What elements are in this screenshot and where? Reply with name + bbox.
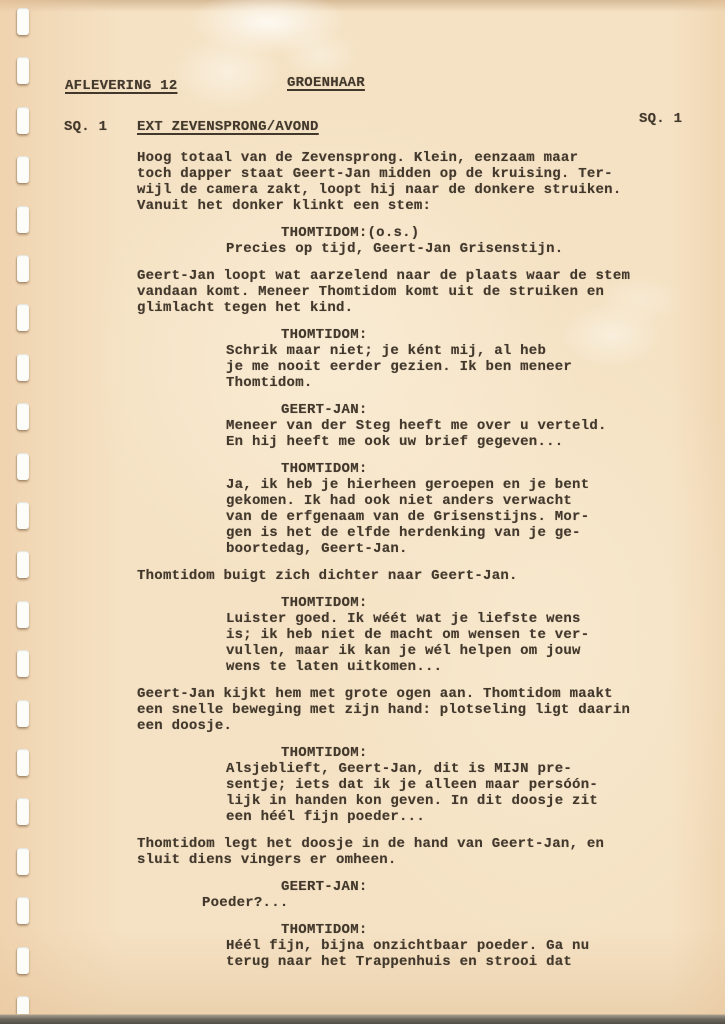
scene-number-left: SQ. 1: [64, 119, 107, 135]
character-name: THOMTIDOM:: [281, 327, 725, 343]
dialogue-line: gen is het de elfde herdenking van je ge…: [226, 525, 725, 541]
dialogue-block: THOMTIDOM:Luister goed. Ik wéét wat je l…: [0, 595, 725, 675]
dialogue-line: boortedag, Geert-Jan.: [226, 541, 725, 557]
action-line: een doosje.: [137, 718, 725, 734]
dialogue-block: THOMTIDOM:Alsjeblieft, Geert-Jan, dit is…: [0, 745, 725, 825]
character-name: GEERT-JAN:: [281, 402, 725, 418]
dialogue-block: GEERT-JAN:Meneer van der Steg heeft me o…: [0, 402, 725, 450]
action-line: Hoog totaal van de Zevensprong. Klein, e…: [137, 150, 725, 166]
dialogue-line: Alsjeblieft, Geert-Jan, dit is MIJN pre-: [226, 761, 725, 777]
script-body: Hoog totaal van de Zevensprong. Klein, e…: [0, 150, 725, 970]
action-line: Thomtidom legt het doosje in de hand van…: [137, 836, 725, 852]
page-title: GROENHAAR: [287, 75, 365, 91]
action-line: Vanuit het donker klinkt een stem:: [137, 198, 725, 214]
page-bottom-edge: [0, 1014, 725, 1024]
dialogue-block: THOMTIDOM:Héél fijn, bijna onzichtbaar p…: [0, 922, 725, 970]
episode-label: AFLEVERING 12: [65, 78, 177, 94]
script-page: AFLEVERING 12 GROENHAAR SQ. 1 EXT ZEVENS…: [0, 0, 725, 1024]
action-block: Thomtidom legt het doosje in de hand van…: [0, 836, 725, 868]
dialogue-line: En hij heeft me ook uw brief gegeven...: [226, 434, 725, 450]
scene-heading: EXT ZEVENSPRONG/AVOND: [137, 119, 319, 135]
action-line: Geert-Jan kijkt hem met grote ogen aan. …: [137, 686, 725, 702]
dialogue-line: wens te laten uitkomen...: [226, 659, 725, 675]
dialogue-line: gekomen. Ik had ook niet anders verwacht: [226, 493, 725, 509]
character-name: GEERT-JAN:: [281, 879, 725, 895]
binding-hole: [17, 8, 29, 35]
dialogue-block: THOMTIDOM:(o.s.)Precies op tijd, Geert-J…: [0, 225, 725, 257]
dialogue-line: Héél fijn, bijna onzichtbaar poeder. Ga …: [226, 938, 725, 954]
dialogue-line: terug naar het Trappenhuis en strooi dat: [226, 954, 725, 970]
dialogue-line: Ja, ik heb je hierheen geroepen en je be…: [226, 477, 725, 493]
dialogue-line: Poeder?...: [202, 895, 725, 911]
action-line: glimlacht tegen het kind.: [137, 300, 725, 316]
character-name: THOMTIDOM:: [281, 595, 725, 611]
action-line: Geert-Jan loopt wat aarzelend naar de pl…: [137, 268, 725, 284]
character-name: THOMTIDOM:(o.s.): [281, 225, 725, 241]
action-block: Geert-Jan loopt wat aarzelend naar de pl…: [0, 268, 725, 316]
dialogue-line: sentje; iets dat ik je alleen maar persó…: [226, 777, 725, 793]
dialogue-line: Meneer van der Steg heeft me over u vert…: [226, 418, 725, 434]
dialogue-line: lijk in handen kon geven. In dit doosje …: [226, 793, 725, 809]
dialogue-block: THOMTIDOM:Ja, ik heb je hierheen geroepe…: [0, 461, 725, 557]
action-line: wijl de camera zakt, loopt hij naar de d…: [137, 182, 725, 198]
character-name: THOMTIDOM:: [281, 745, 725, 761]
action-line: sluit diens vingers er omheen.: [137, 852, 725, 868]
dialogue-line: Precies op tijd, Geert-Jan Grisenstijn.: [226, 241, 725, 257]
binding-hole: [17, 107, 29, 134]
character-name: THOMTIDOM:: [281, 461, 725, 477]
dialogue-line: Luister goed. Ik wéét wat je liefste wen…: [226, 611, 725, 627]
dialogue-line: Schrik maar niet; je ként mij, al heb: [226, 343, 725, 359]
action-line: Thomtidom buigt zich dichter naar Geert-…: [137, 568, 725, 584]
dialogue-line: Thomtidom.: [226, 375, 725, 391]
action-line: toch dapper staat Geert-Jan midden op de…: [137, 166, 725, 182]
scene-number-right: SQ. 1: [639, 111, 682, 127]
action-line: een snelle beweging met zijn hand: plots…: [137, 702, 725, 718]
dialogue-line: je me nooit eerder gezien. Ik ben meneer: [226, 359, 725, 375]
dialogue-line: een héél fijn poeder...: [226, 809, 725, 825]
action-block: Hoog totaal van de Zevensprong. Klein, e…: [0, 150, 725, 214]
binding-hole: [17, 57, 29, 84]
dialogue-line: van de erfgenaam van de Grisenstijns. Mo…: [226, 509, 725, 525]
dialogue-block: GEERT-JAN:Poeder?...: [0, 879, 725, 911]
character-name: THOMTIDOM:: [281, 922, 725, 938]
action-line: vandaan komt. Meneer Thomtidom komt uit …: [137, 284, 725, 300]
dialogue-block: THOMTIDOM:Schrik maar niet; je ként mij,…: [0, 327, 725, 391]
dialogue-line: vullen, maar ik kan je wél helpen om jou…: [226, 643, 725, 659]
action-block: Thomtidom buigt zich dichter naar Geert-…: [0, 568, 725, 584]
action-block: Geert-Jan kijkt hem met grote ogen aan. …: [0, 686, 725, 734]
dialogue-line: is; ik heb niet de macht om wensen te ve…: [226, 627, 725, 643]
